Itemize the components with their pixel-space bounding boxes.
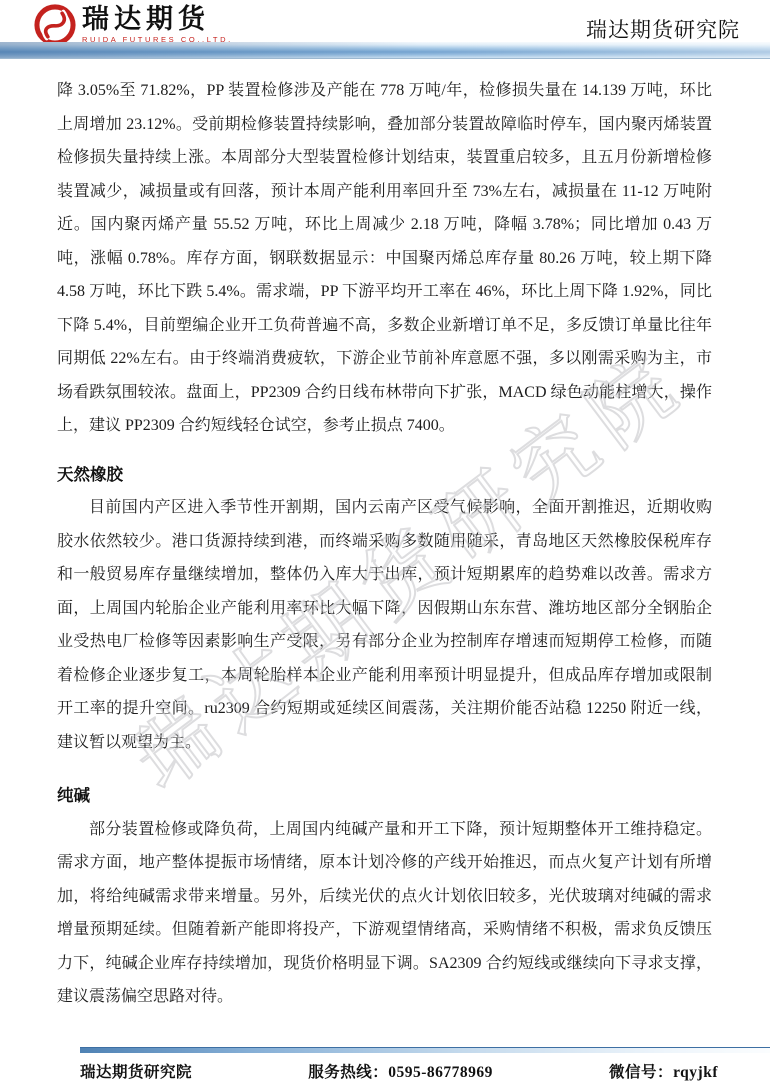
logo-swirl-icon — [34, 4, 76, 46]
header-divider-bar — [0, 42, 770, 59]
footer-row: 瑞达期货研究院 服务热线：0595-86778969 微信号：rqyjkf — [80, 1060, 718, 1082]
section-heading-natural-rubber: 天然橡胶 — [57, 458, 712, 492]
report-body: 降 3.05%至 71.82%，PP 装置检修涉及产能在 778 万吨/年，检修… — [57, 58, 712, 1014]
header-institute-title: 瑞达期货研究院 — [586, 14, 740, 44]
report-header: 瑞达期货 RUIDA FUTURES CO.,LTD. 瑞达期货研究院 — [0, 0, 770, 58]
report-page: 瑞达期货 RUIDA FUTURES CO.,LTD. 瑞达期货研究院 降 3.… — [0, 0, 770, 1090]
company-logo: 瑞达期货 RUIDA FUTURES CO.,LTD. — [34, 4, 233, 46]
logo-company-name: 瑞达期货 — [82, 6, 233, 33]
footer-divider-bar — [80, 1047, 770, 1053]
footer-wechat-label: 微信号： — [609, 1064, 673, 1081]
footer-hotline: 服务热线：0595-86778969 — [308, 1060, 493, 1082]
footer-org-name: 瑞达期货研究院 — [80, 1060, 192, 1082]
section-heading-soda-ash: 纯碱 — [57, 779, 712, 813]
logo-text: 瑞达期货 RUIDA FUTURES CO.,LTD. — [82, 6, 233, 44]
paragraph-pp-continued: 降 3.05%至 71.82%，PP 装置检修涉及产能在 778 万吨/年，检修… — [57, 74, 712, 443]
footer-hotline-number: 0595-86778969 — [388, 1064, 493, 1081]
paragraph-soda-ash: 部分装置检修或降负荷，上周国内纯碱产量和开工下降，预计短期整体开工维持稳定。需求… — [57, 813, 712, 1014]
footer-wechat-id: rqyjkf — [673, 1064, 718, 1081]
paragraph-natural-rubber: 目前国内产区进入季节性开割期，国内云南产区受气候影响，全面开割推迟，近期收购胶水… — [57, 491, 712, 759]
footer-wechat: 微信号：rqyjkf — [609, 1060, 718, 1082]
footer-hotline-label: 服务热线： — [308, 1064, 388, 1081]
